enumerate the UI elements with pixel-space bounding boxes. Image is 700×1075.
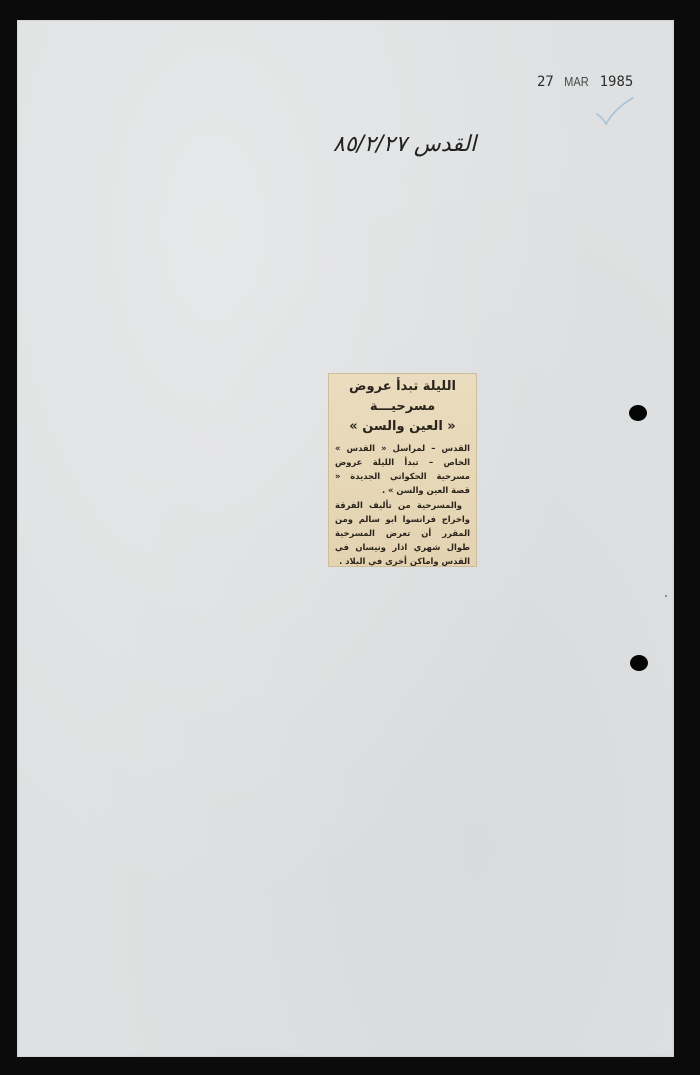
punch-hole bbox=[630, 655, 648, 671]
punch-hole bbox=[629, 405, 647, 421]
check-mark-icon bbox=[595, 96, 635, 126]
handwritten-date: ٨٥/٢/٢٧ bbox=[333, 132, 407, 157]
date-stamp: 27 MAR 1985 bbox=[537, 74, 633, 90]
clipping-paragraph: القدس – لمراسل « القدس » الخاص – تبدأ ال… bbox=[335, 441, 470, 497]
paper-speck bbox=[665, 595, 667, 597]
stamp-month: MAR bbox=[564, 74, 589, 89]
stamp-day: 27 bbox=[537, 74, 554, 90]
newspaper-clipping: الليلة تبدأ عروض مسرحيـــة « العين والسن… bbox=[328, 373, 477, 567]
stamp-year: 1985 bbox=[600, 74, 634, 90]
clipping-body: القدس – لمراسل « القدس » الخاص – تبدأ ال… bbox=[335, 441, 470, 568]
headline-line: « العين والسن » bbox=[335, 417, 470, 437]
clipping-paragraph: والمسرحية من تأليف الفرقة واخراج فرانسوا… bbox=[335, 498, 470, 568]
headline-line: الليلة تبدأ عروض bbox=[335, 377, 470, 397]
handwritten-source: القدس bbox=[414, 132, 476, 157]
headline-line: مسرحيـــة bbox=[335, 397, 470, 417]
document-page: 27 MAR 1985 القدس ٨٥/٢/٢٧ الليلة تبدأ عر… bbox=[17, 20, 674, 1057]
handwritten-annotation: القدس ٨٥/٢/٢٧ bbox=[305, 132, 476, 157]
clipping-headline: الليلة تبدأ عروض مسرحيـــة « العين والسن… bbox=[335, 377, 470, 437]
